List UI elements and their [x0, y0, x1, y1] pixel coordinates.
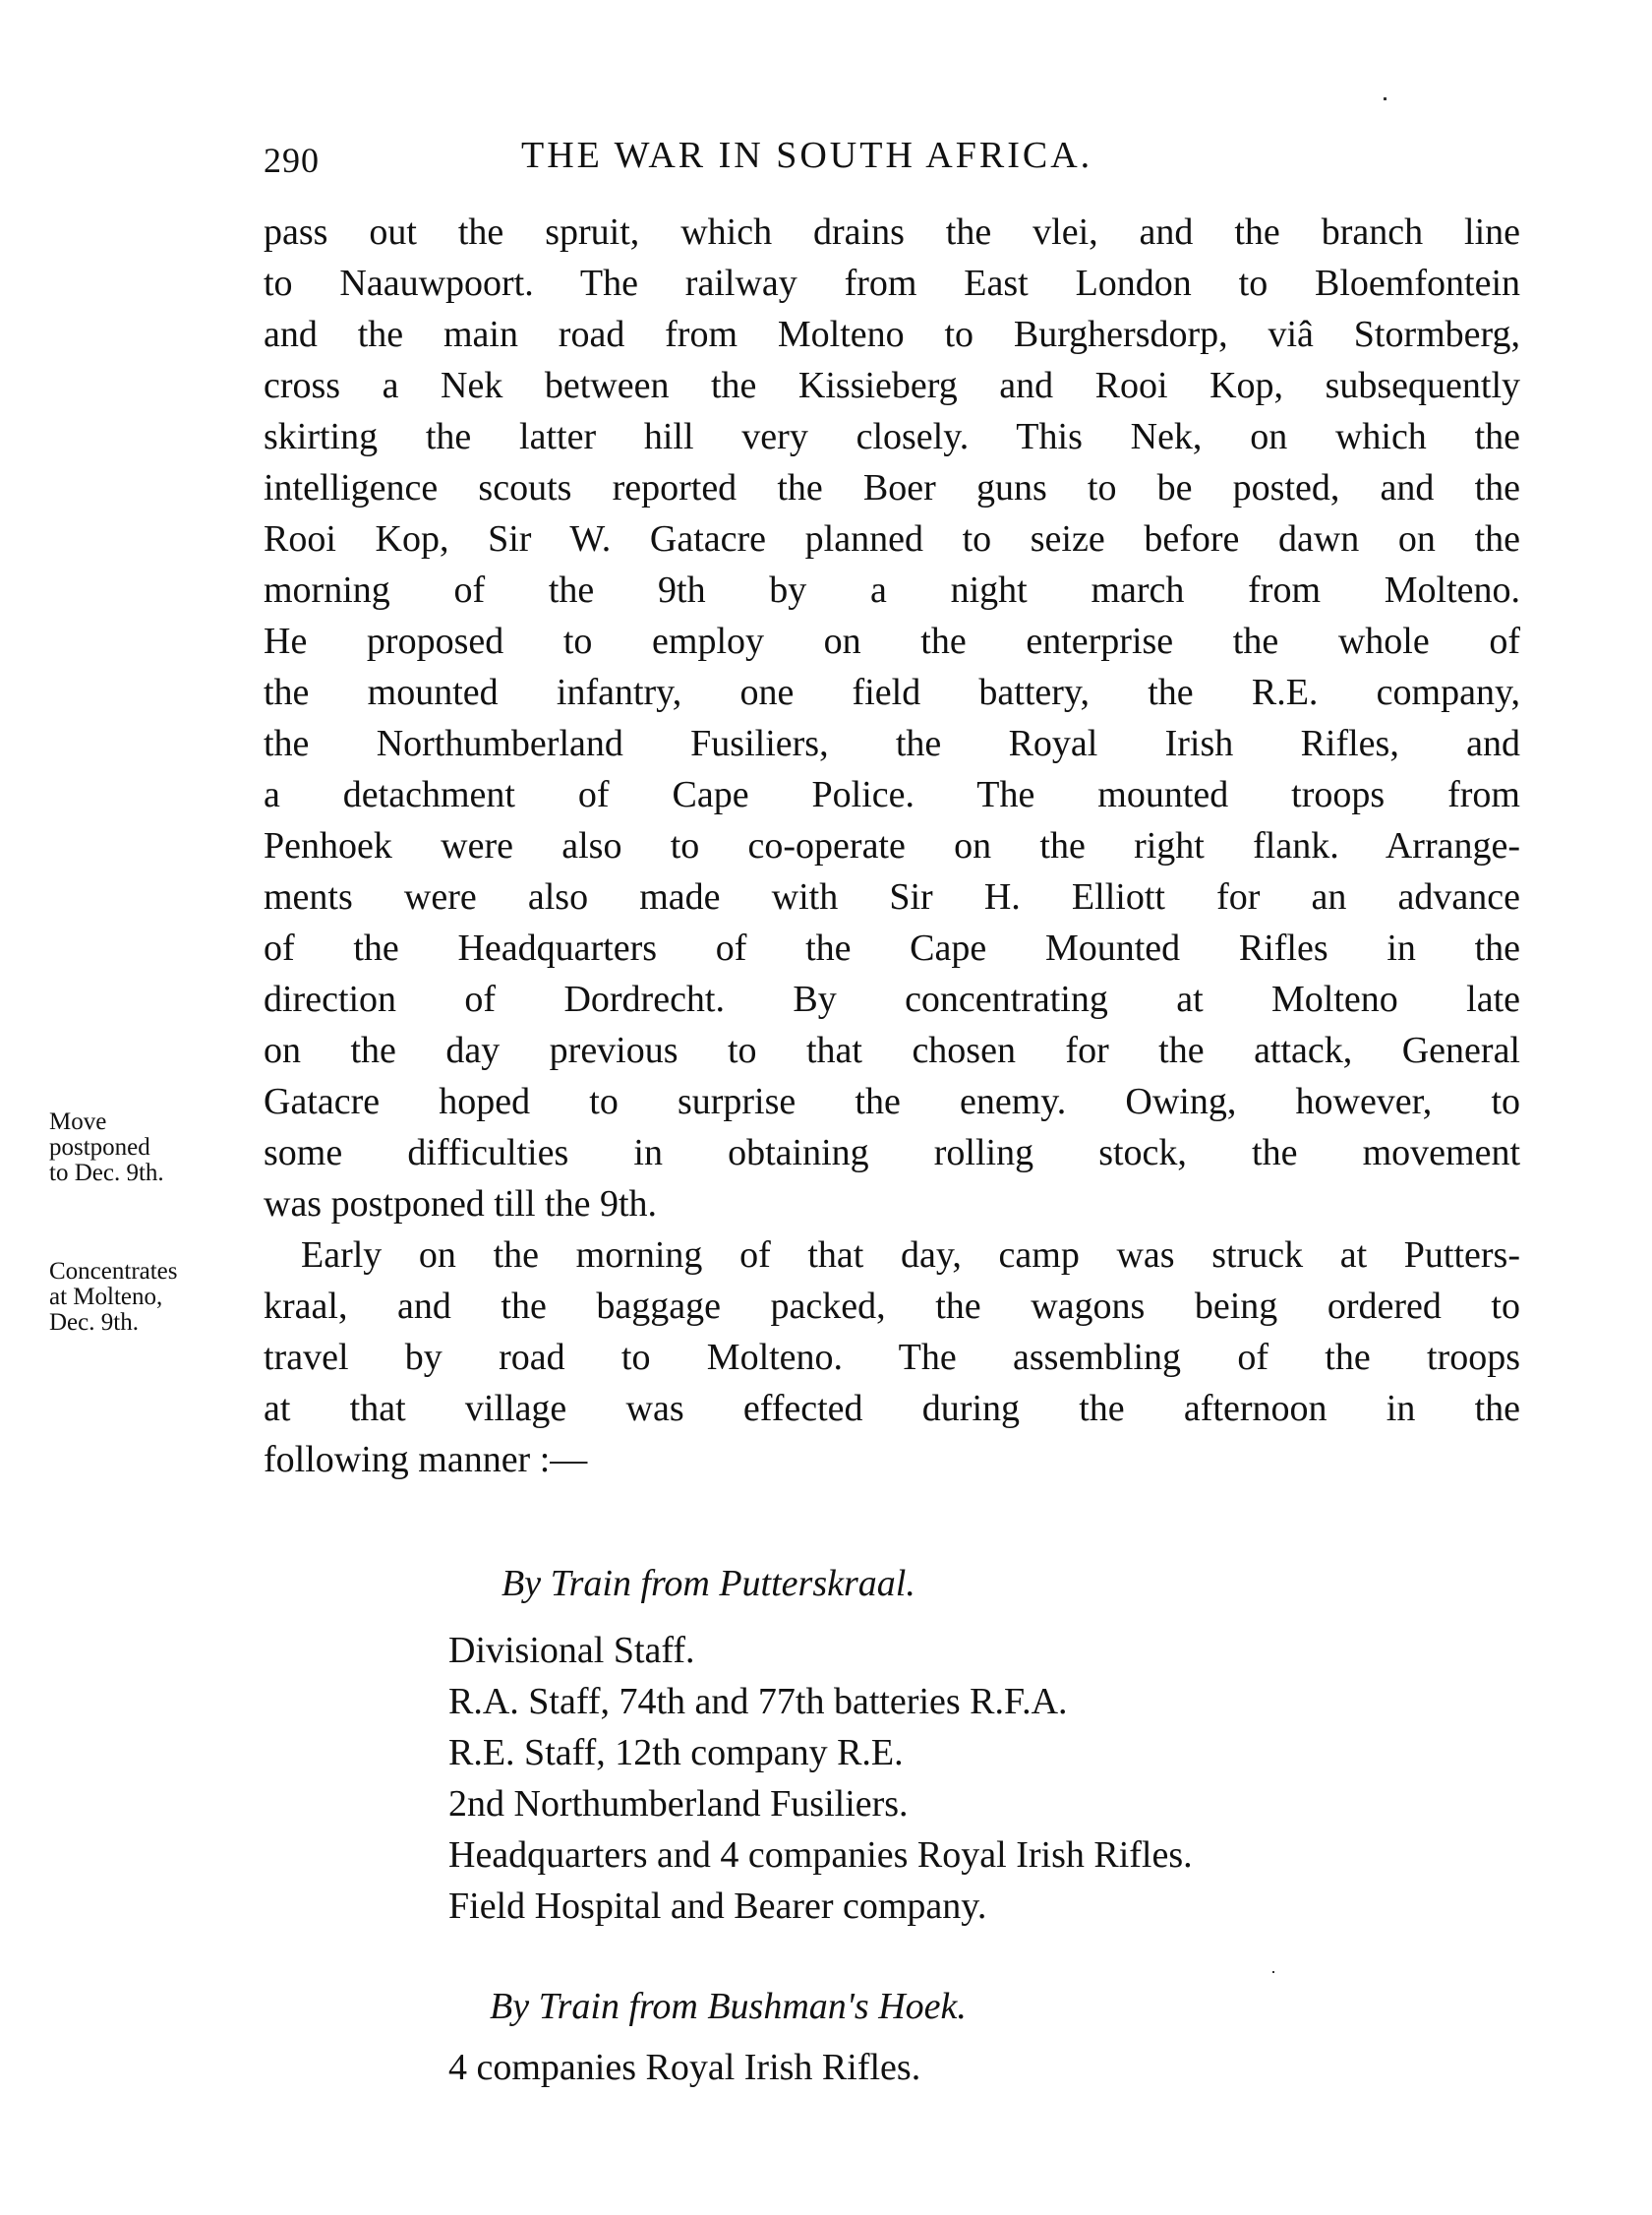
- scan-speck: [1272, 1971, 1274, 1973]
- text-line: following manner :—: [264, 1434, 1520, 1485]
- sidenote-line: at Molteno,: [49, 1285, 246, 1310]
- text-line: at that village was effected during the …: [264, 1383, 1520, 1434]
- scan-speck: [1384, 97, 1386, 100]
- text-line: skirting the latter hill very closely. T…: [264, 411, 1520, 462]
- running-title: THE WAR IN SOUTH AFRICA.: [521, 134, 1092, 177]
- sidenote-line: Move: [49, 1109, 246, 1135]
- section-heading-putterskraal: By Train from Putterskraal.: [501, 1562, 915, 1605]
- body-text: pass out the spruit, which drains the vl…: [264, 207, 1520, 1485]
- sidenote-concentrates: Concentrates at Molteno, Dec. 9th.: [49, 1259, 246, 1336]
- page-number: 290: [264, 140, 320, 181]
- sidenote-line: Dec. 9th.: [49, 1310, 246, 1336]
- sidenote-line: Concentrates: [49, 1259, 246, 1285]
- text-line: to Naauwpoort. The railway from East Lon…: [264, 258, 1520, 309]
- list-item: R.A. Staff, 74th and 77th batteries R.F.…: [448, 1676, 1193, 1727]
- section-heading-bushmans-hoek: By Train from Bushman's Hoek.: [490, 1985, 967, 2028]
- text-line: cross a Nek between the Kissieberg and R…: [264, 360, 1520, 411]
- paragraph-1: pass out the spruit, which drains the vl…: [264, 207, 1520, 1229]
- text-line: on the day previous to that chosen for t…: [264, 1025, 1520, 1076]
- text-line: intelligence scouts reported the Boer gu…: [264, 462, 1520, 513]
- text-line: Gatacre hoped to surprise the enemy. Owi…: [264, 1076, 1520, 1127]
- text-line: morning of the 9th by a night march from…: [264, 565, 1520, 616]
- text-line: travel by road to Molteno. The assemblin…: [264, 1332, 1520, 1383]
- book-page: 290 THE WAR IN SOUTH AFRICA. pass out th…: [0, 0, 1652, 2215]
- list-item: Divisional Staff.: [448, 1625, 1193, 1676]
- sidenote-line: postponed: [49, 1135, 246, 1161]
- text-line: He proposed to employ on the enterprise …: [264, 616, 1520, 667]
- text-line: ments were also made with Sir H. Elliott…: [264, 871, 1520, 923]
- text-line: the Northumberland Fusiliers, the Royal …: [264, 718, 1520, 769]
- unit-list-putterskraal: Divisional Staff. R.A. Staff, 74th and 7…: [448, 1625, 1193, 1932]
- list-item: 2nd Northumberland Fusiliers.: [448, 1778, 1193, 1829]
- list-item: Headquarters and 4 companies Royal Irish…: [448, 1829, 1193, 1881]
- text-line: of the Headquarters of the Cape Mounted …: [264, 923, 1520, 974]
- text-line: the mounted infantry, one field battery,…: [264, 667, 1520, 718]
- text-line: kraal, and the baggage packed, the wagon…: [264, 1281, 1520, 1332]
- unit-list-bushmans-hoek: 4 companies Royal Irish Rifles.: [448, 2042, 920, 2093]
- text-line: Rooi Kop, Sir W. Gatacre planned to seiz…: [264, 513, 1520, 565]
- text-line: Early on the morning of that day, camp w…: [264, 1229, 1520, 1281]
- text-line: and the main road from Molteno to Burghe…: [264, 309, 1520, 360]
- text-line: a detachment of Cape Police. The mounted…: [264, 769, 1520, 820]
- text-line: some difficulties in obtaining rolling s…: [264, 1127, 1520, 1178]
- text-line: pass out the spruit, which drains the vl…: [264, 207, 1520, 258]
- list-item: 4 companies Royal Irish Rifles.: [448, 2042, 920, 2093]
- sidenote-line: to Dec. 9th.: [49, 1161, 246, 1186]
- paragraph-2: Early on the morning of that day, camp w…: [264, 1229, 1520, 1485]
- text-line: Penhoek were also to co-operate on the r…: [264, 820, 1520, 871]
- list-item: R.E. Staff, 12th company R.E.: [448, 1727, 1193, 1778]
- sidenote-move-postponed: Move postponed to Dec. 9th.: [49, 1109, 246, 1186]
- text-line: was postponed till the 9th.: [264, 1178, 1520, 1229]
- running-head: 290 THE WAR IN SOUTH AFRICA.: [264, 134, 1247, 183]
- list-item: Field Hospital and Bearer company.: [448, 1881, 1193, 1932]
- text-line: direction of Dordrecht. By concentrating…: [264, 974, 1520, 1025]
